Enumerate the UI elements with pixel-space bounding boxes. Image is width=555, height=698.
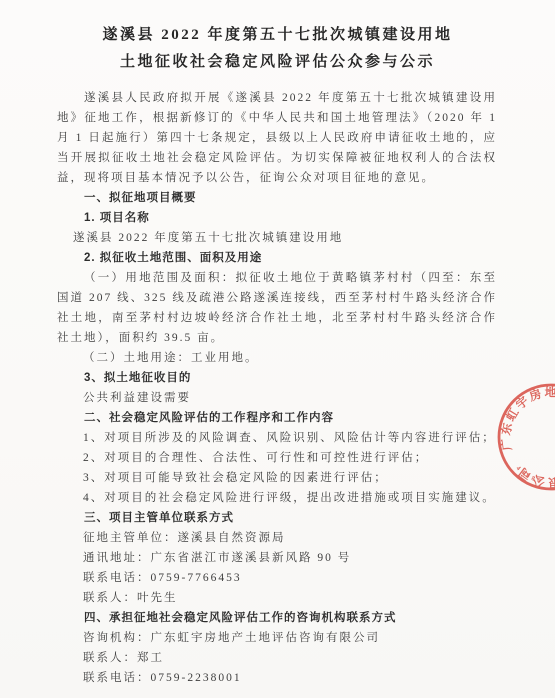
land-use-line: （二）土地用途：工业用地。 [57, 348, 497, 368]
document-title: 遂溪县 2022 年度第五十七批次城镇建设用地 土地征收社会稳定风险评估公众参与… [0, 22, 555, 76]
assessment-item-4: 4、对项目的社会稳定风险进行评级，提出改进措施或项目实施建议。 [57, 488, 497, 508]
assessment-item-2: 2、对项目的合理性、合法性、可行性和可控性进行评估； [57, 448, 497, 468]
authority-contact-line: 联系人：叶先生 [57, 588, 497, 608]
section4-heading: 四、承担征地社会稳定风险评估工作的咨询机构联系方式 [57, 608, 497, 628]
document-title-line2: 土地征收社会稳定风险评估公众参与公示 [0, 49, 555, 76]
section1-item3-heading: 3、拟土地征收目的 [57, 368, 497, 388]
company-seal-stamp-icon: 广东虹宇房地产土地评估咨询有限公司 44080 [494, 356, 555, 531]
consultant-phone-line: 联系电话：0759-2238001 [57, 668, 497, 688]
document-page: 遂溪县 2022 年度第五十七批次城镇建设用地 土地征收社会稳定风险评估公众参与… [0, 0, 555, 698]
section1-heading: 一、拟征地项目概要 [57, 188, 497, 208]
intro-paragraph: 遂溪县人民政府拟开展《遂溪县 2022 年度第五十七批次城镇建设用地》征地工作，… [57, 88, 497, 188]
authority-name-line: 征地主管单位：遂溪县自然资源局 [57, 528, 497, 548]
assessment-item-1: 1、对项目所涉及的风险调查、风险识别、风险估计等内容进行评估； [57, 428, 497, 448]
project-name-value: 遂溪县 2022 年度第五十七批次城镇建设用地 [57, 228, 497, 248]
acquisition-purpose-value: 公共利益建设需要 [57, 388, 497, 408]
assessment-item-3: 3、对项目可能导致社会稳定风险的因素进行评估； [57, 468, 497, 488]
consultant-name-line: 咨询机构：广东虹宇房地产土地评估咨询有限公司 [57, 628, 497, 648]
authority-phone-line: 联系电话：0759-7766453 [57, 568, 497, 588]
document-body: 遂溪县人民政府拟开展《遂溪县 2022 年度第五十七批次城镇建设用地》征地工作，… [57, 88, 497, 688]
section1-item1-heading: 1. 项目名称 [57, 208, 497, 228]
land-scope-paragraph: （一）用地范围及面积：拟征收土地位于黄略镇茅村村（四至：东至国道 207 线、3… [57, 268, 497, 348]
authority-address-line: 通讯地址：广东省湛江市遂溪县新风路 90 号 [57, 548, 497, 568]
section2-heading: 二、社会稳定风险评估的工作程序和工作内容 [57, 408, 497, 428]
section3-heading: 三、项目主管单位联系方式 [57, 508, 497, 528]
section1-item2-heading: 2. 拟征收土地范围、面积及用途 [57, 248, 497, 268]
consultant-contact-line: 联系人：郑工 [57, 648, 497, 668]
document-title-line1: 遂溪县 2022 年度第五十七批次城镇建设用地 [0, 22, 555, 49]
